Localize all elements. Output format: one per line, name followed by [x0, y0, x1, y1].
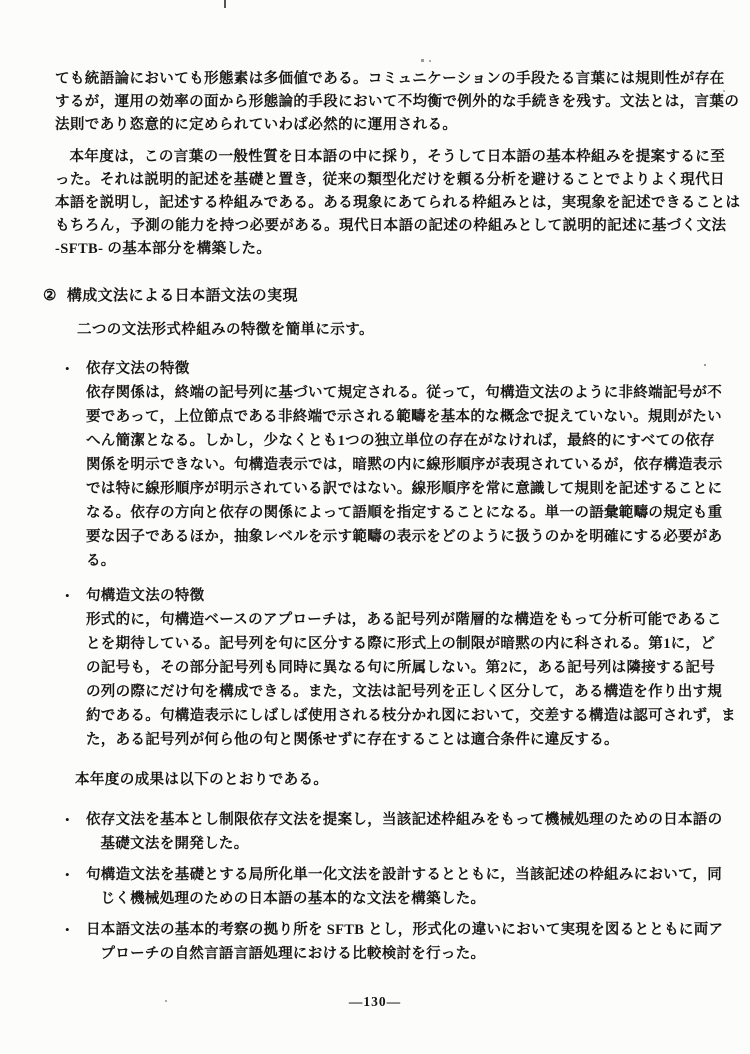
bullet-body: 句構造文法を基礎とする局所化単一化文法を設計するとともに，当該記述の枠組みにおい… — [86, 863, 722, 911]
page-number: —130— — [0, 994, 750, 1010]
bullet-result-sftb-comparison: • 日本語文法の基本的考察の拠り所を SFTB とし，形式化の違いにおいて実現を… — [65, 918, 703, 966]
text-line: とを期待している。記号列を句に区分する際に形式上の制限が暗黙の内に科される。第1… — [86, 632, 736, 656]
bullet-result-unification: • 句構造文法を基礎とする局所化単一化文法を設計するとともに，当該記述の枠組みに… — [65, 863, 703, 911]
section-title: 構成文法による日本語文法の実現 — [67, 288, 298, 304]
bullet-dependency-grammar: • 依存文法の特徴 依存関係は，終端の記号列に基づいて規定される。従って，句構造… — [65, 357, 703, 573]
text-line: 形式的に，句構造ベースのアプローチは，ある記号列が階層的な構造をもって分析可能で… — [86, 608, 736, 632]
bullet-icon: • — [65, 584, 86, 608]
text-column: ても統語論においても形態素は多価値である。コミュニケーションの手段たる言葉には規… — [55, 68, 703, 966]
bullet-label: 句構造文法の特徴 — [86, 584, 736, 608]
text-line: ても統語論においても形態素は多価値である。コミュニケーションの手段たる言葉には規… — [55, 68, 703, 91]
bullet-icon: • — [65, 357, 86, 381]
text-line: の記号も，その部分記号列も同時に異なる句に所属しない。第2に，ある記号列は隣接す… — [86, 656, 736, 680]
bullet-result-dependency: • 依存文法を基本とし制限依存文法を提案し，当該記述枠組みをもって機械処理のため… — [65, 808, 703, 856]
text-line: じく機械処理のための日本語の基本的な文法を構築した。 — [86, 887, 722, 911]
text-line: た，ある記号列が何ら他の句と関係せずに存在することは適合条件に違反する。 — [86, 728, 736, 752]
bullet-icon: • — [65, 918, 86, 942]
text-line: 日本語文法の基本的考察の拠り所を SFTB とし，形式化の違いにおいて実現を図る… — [86, 918, 723, 942]
section-number: ② — [43, 288, 57, 304]
text-line: プローチの自然言語言語処理における比較検討を行った。 — [86, 942, 723, 966]
bullet-content: 日本語文法の基本的考察の拠り所を SFTB とし，形式化の違いにおいて実現を図る… — [86, 918, 723, 966]
paragraph-this-year-framework: 本年度は，この言葉の一般性質を日本語の中に採り，そうして日本語の基本枠組みを提案… — [55, 146, 703, 261]
paragraph-morphology-continuation: ても統語論においても形態素は多価値である。コミュニケーションの手段たる言葉には規… — [55, 68, 703, 137]
bullet-content: 依存文法を基本とし制限依存文法を提案し，当該記述枠組みをもって機械処理のための日… — [86, 808, 722, 856]
text-line: もちろん，予測の能力を持つ必要がある。現代日本語の記述の枠組みとして説明的記述に… — [55, 215, 703, 238]
text-line: 依存文法を基本とし制限依存文法を提案し，当該記述枠組みをもって機械処理のための日… — [86, 808, 722, 832]
scan-artifact — [421, 59, 424, 62]
bullet-body: 依存文法を基本とし制限依存文法を提案し，当該記述枠組みをもって機械処理のための日… — [86, 808, 722, 856]
text-line: 要な因子であるほか，抽象レベルを示す範疇の表示をどのように扱うのかを明確にする必… — [86, 525, 722, 549]
bullet-body: 依存関係は，終端の記号列に基づいて規定される。従って，句構造文法のように非終端記… — [86, 381, 722, 573]
text-line: 基礎文法を開発した。 — [86, 832, 722, 856]
text-line: 句構造文法を基礎とする局所化単一化文法を設計するとともに，当該記述の枠組みにおい… — [86, 863, 722, 887]
text-line: 約である。句構造表示にしばしば使用される枝分かれ図において，交差する構造は認可さ… — [86, 704, 736, 728]
text-line: 要であって，上位節点である非終端で示される範疇を基本的な概念で捉えていない。規則… — [86, 405, 722, 429]
bullet-label: 依存文法の特徴 — [86, 357, 722, 381]
text-line: 本語を説明し，記述する枠組みである。ある現象にあてられる枠組みとは，実現象を記述… — [55, 192, 703, 215]
scan-artifact — [224, 0, 226, 8]
bullet-body: 形式的に，句構造ベースのアプローチは，ある記号列が階層的な構造をもって分析可能で… — [86, 608, 736, 752]
bullet-content: 句構造文法の特徴 形式的に，句構造ベースのアプローチは，ある記号列が階層的な構造… — [86, 584, 736, 752]
text-line: -SFTB- の基本部分を構築した。 — [55, 238, 703, 261]
text-line: 関係を明示できない。句構造表示では，暗黙の内に線形順序が表現されているが，依存構… — [86, 453, 722, 477]
text-line: 法則であり恣意的に定められていわば必然的に運用される。 — [55, 114, 703, 137]
text-line: するが，運用の効率の面から形態論的手段において不均衡で例外的な手続きを残す。文法… — [55, 91, 703, 114]
text-line: る。 — [86, 549, 722, 573]
bullet-content: 依存文法の特徴 依存関係は，終端の記号列に基づいて規定される。従って，句構造文法… — [86, 357, 722, 573]
bullet-icon: • — [65, 863, 86, 887]
scan-artifact — [429, 60, 431, 62]
text-line: の列の際にだけ句を構成できる。また，文法は記号列を正しく区分して，ある構造を作り… — [86, 680, 736, 704]
text-line: 依存関係は，終端の記号列に基づいて規定される。従って，句構造文法のように非終端記… — [86, 381, 722, 405]
text-line: では特に線形順序が明示されている訳ではない。線形順序を常に意識して規則を記述する… — [86, 477, 722, 501]
results-intro-line: 本年度の成果は以下のとおりである。 — [75, 769, 703, 792]
text-line: 本年度は，この言葉の一般性質を日本語の中に採り，そうして日本語の基本枠組みを提案… — [55, 146, 703, 169]
bullet-content: 句構造文法を基礎とする局所化単一化文法を設計するとともに，当該記述の枠組みにおい… — [86, 863, 722, 911]
text-line: へん簡潔となる。しかし，少なくとも1つの独立単位の存在がなければ，最終的にすべて… — [86, 429, 722, 453]
bullet-phrase-structure-grammar: • 句構造文法の特徴 形式的に，句構造ベースのアプローチは，ある記号列が階層的な… — [65, 584, 703, 752]
scan-artifact — [723, 90, 725, 92]
features-intro-line: 二つの文法形式枠組みの特徴を簡単に示す。 — [77, 319, 703, 342]
text-line: なる。依存の方向と依存の関係によって語順を指定することになる。単一の語彙範疇の規… — [86, 501, 722, 525]
text-line: った。それは説明的記述を基礎と置き，従来の類型化だけを頼る分析を避けることでより… — [55, 169, 703, 192]
bullet-icon: • — [65, 808, 86, 832]
bullet-body: 日本語文法の基本的考察の拠り所を SFTB とし，形式化の違いにおいて実現を図る… — [86, 918, 723, 966]
document-page: ても統語論においても形態素は多価値である。コミュニケーションの手段たる言葉には規… — [0, 0, 750, 1054]
section-heading: ②構成文法による日本語文法の実現 — [43, 285, 703, 308]
